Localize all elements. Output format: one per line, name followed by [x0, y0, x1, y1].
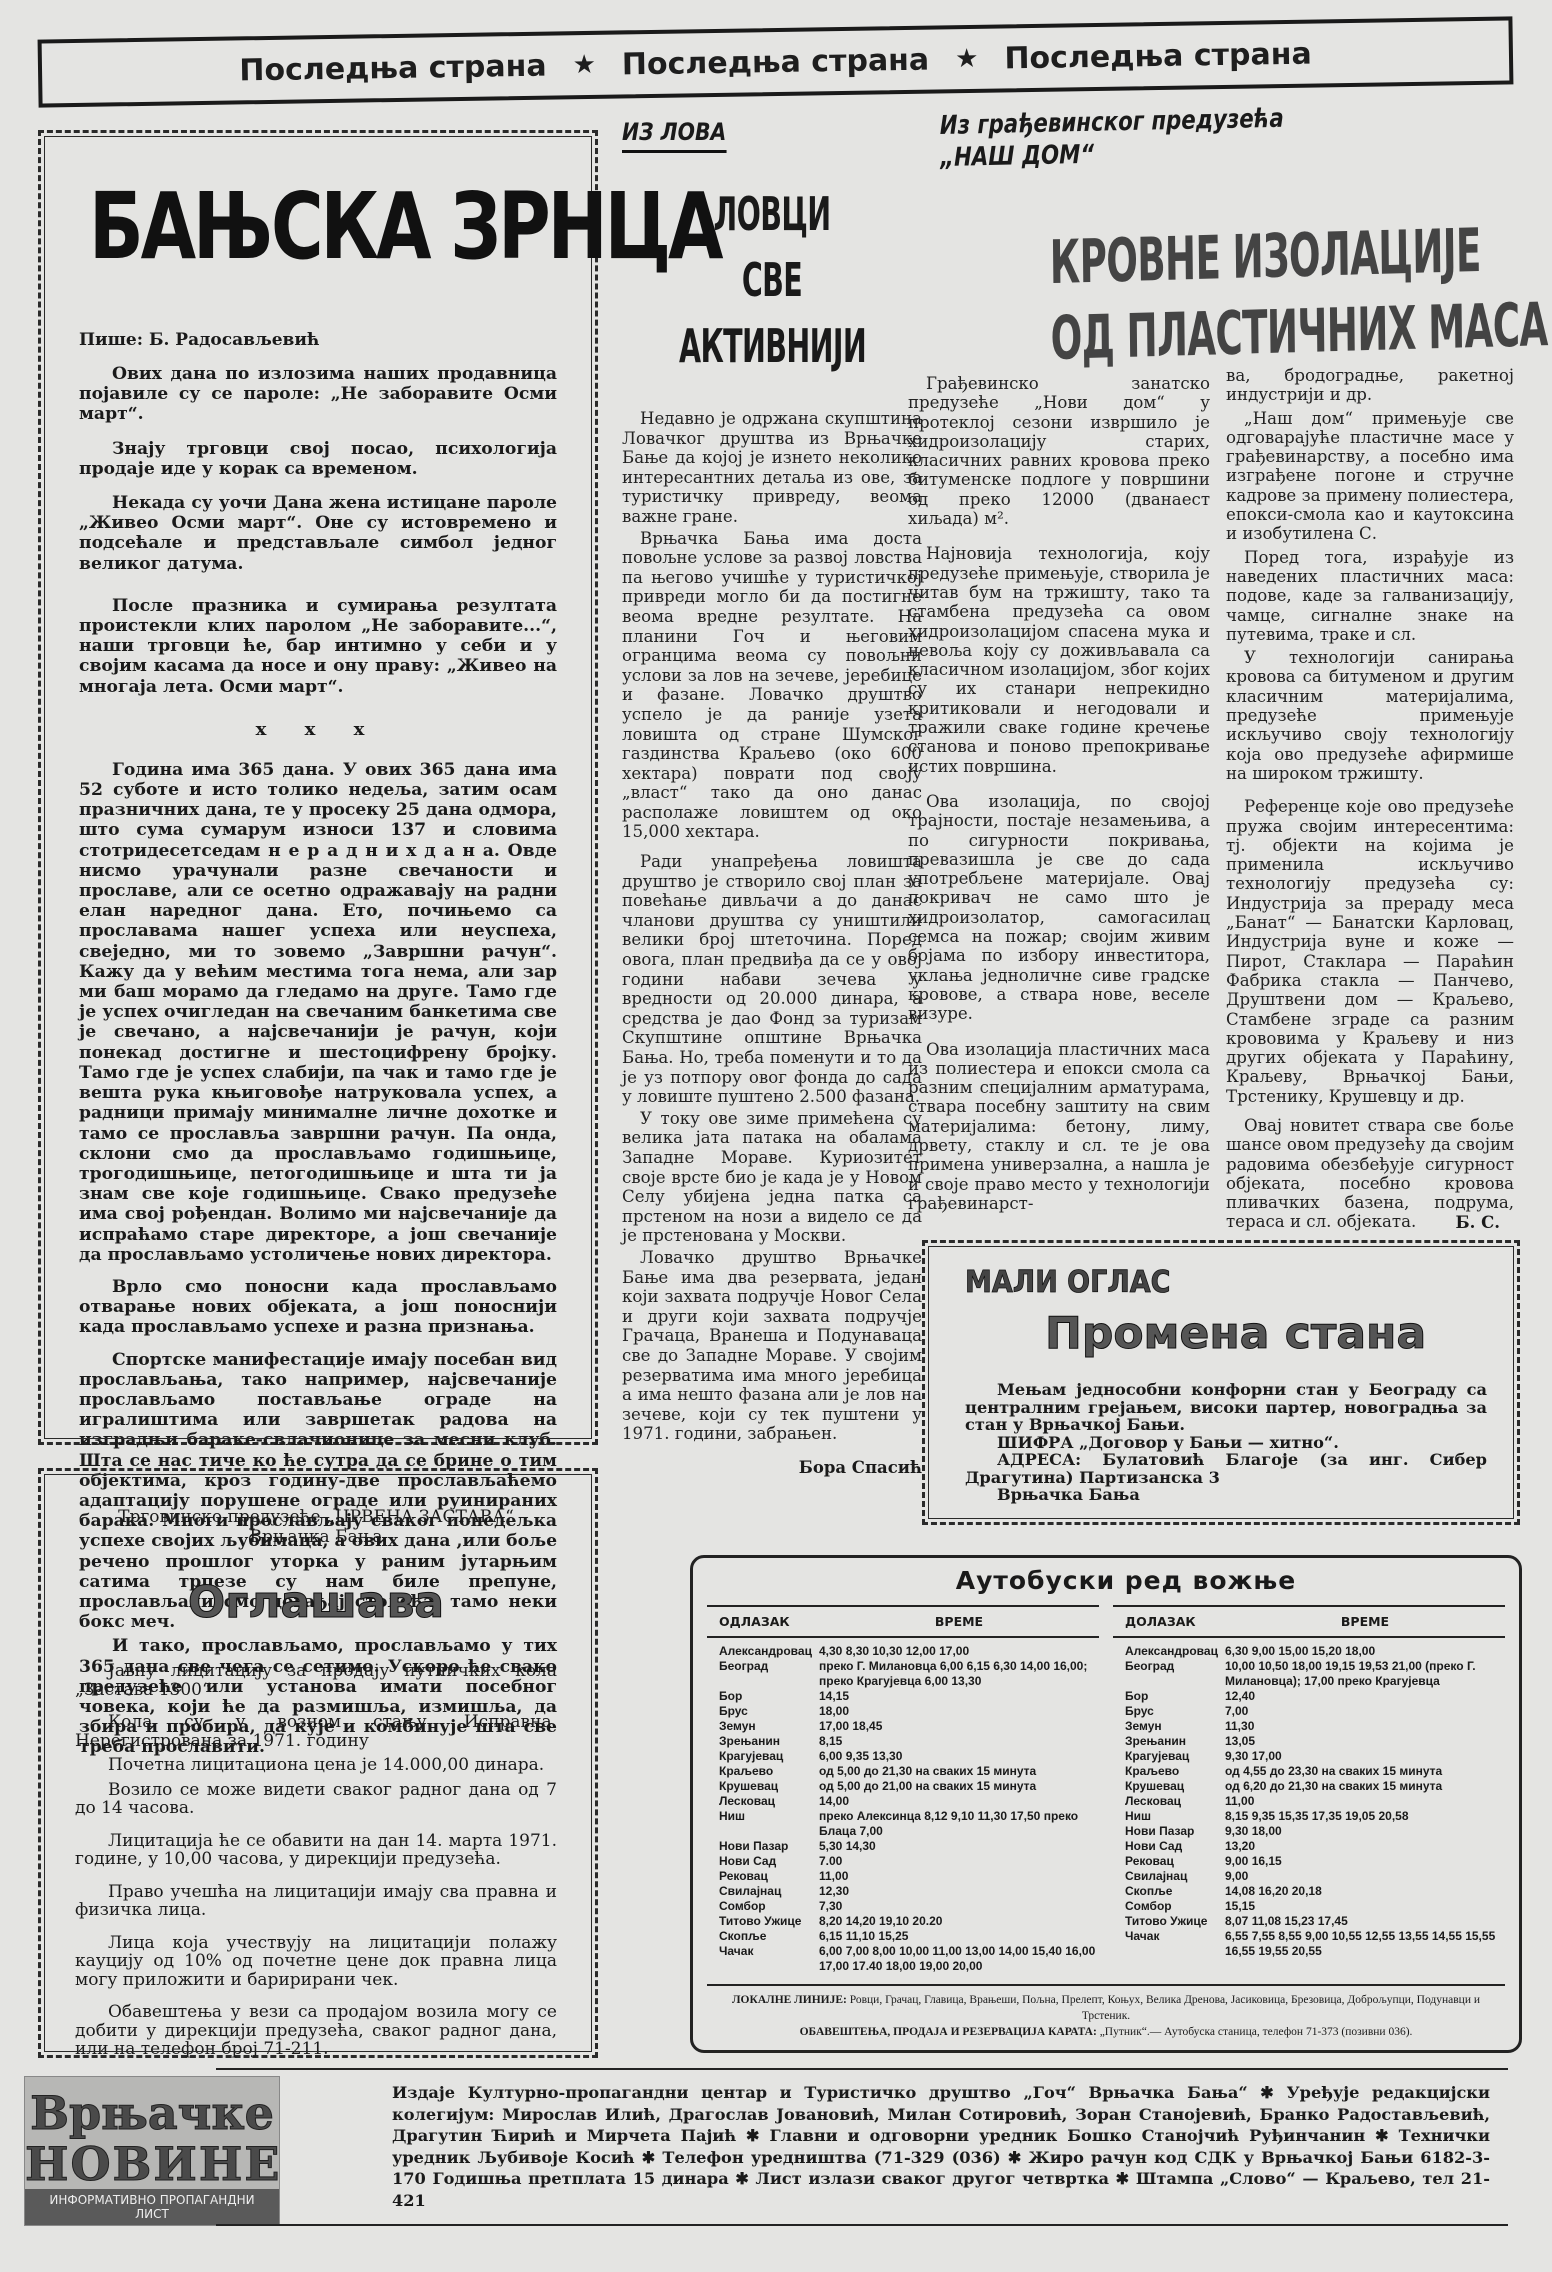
arrivals-table: ДОЛАЗАК ВРЕМЕ Александровац6,30 9,00 15,… — [1113, 1605, 1505, 1974]
section-separator: x x x — [79, 719, 557, 740]
table-row: Сомбор15,15 — [1113, 1899, 1505, 1914]
station-name: Александровац — [707, 1644, 819, 1659]
station-name: Сомбор — [1113, 1899, 1225, 1914]
table-row: Краљевоод 5,00 до 21,30 на сваких 15 мин… — [707, 1764, 1099, 1779]
paragraph: Поред тога, израђује из наведених пласти… — [1226, 548, 1514, 644]
station-name: Титово Ужице — [707, 1914, 819, 1929]
station-name: Сомбор — [707, 1899, 819, 1914]
station-name: Рековац — [707, 1869, 819, 1884]
departure-times: 6,00 7,00 8,00 10,00 11,00 13,00 14,00 1… — [819, 1944, 1099, 1974]
departure-times: 6,15 11,10 15,25 — [819, 1929, 1099, 1944]
departure-times: 11,00 — [819, 1869, 1099, 1884]
departure-times: од 5,00 до 21,00 на сваких 15 минута — [819, 1779, 1099, 1794]
hunting-article: ИЗ ЛОВА ЛОВЦИ СВЕ АКТИВНИЈИ Недавно је о… — [622, 118, 922, 1477]
station-name: Крушевац — [1113, 1779, 1225, 1794]
paragraph: Ових дана по излозима наших продавница п… — [79, 364, 557, 425]
paragraph: Лица која учествују на лицитацији полажу… — [75, 1934, 557, 1990]
column-header: ВРЕМЕ — [1225, 1614, 1505, 1629]
departure-times: 8,15 9,35 15,35 17,35 19,05 20,58 — [1225, 1809, 1505, 1824]
bus-timetable: Аутобуски ред вожње ОДЛАЗАК ВРЕМЕ Алекса… — [690, 1555, 1522, 2053]
departure-times: 12,30 — [819, 1884, 1099, 1899]
ad-organization: Трговинско предузеће „ЦРВЕНА ЗАСТАВА“ — [75, 1507, 557, 1527]
classified-address: АДРЕСА: Булатовић Благоје (за инг. Сибер… — [965, 1451, 1487, 1486]
paragraph: Обавештења у вези са продајом возила мог… — [75, 2003, 557, 2059]
article-author: Бора Спасић — [622, 1458, 922, 1477]
paragraph: Некада су уочи Дана жена истицане пароле… — [79, 493, 557, 574]
departure-times: 7,30 — [819, 1899, 1099, 1914]
column-header: ВРЕМЕ — [819, 1614, 1099, 1629]
station-name: Лесковац — [707, 1794, 819, 1809]
paragraph: Лицитација ће се обавити на дан 14. март… — [75, 1832, 557, 1869]
departure-times: 15,15 — [1225, 1899, 1505, 1914]
station-name: Чачак — [1113, 1929, 1225, 1959]
article-headline: ЛОВЦИ СВЕ АКТИВНИЈИ — [679, 181, 865, 379]
station-name: Крушевац — [707, 1779, 819, 1794]
station-name: Бор — [1113, 1689, 1225, 1704]
paragraph: Ради унапређења ловишта друштво је створ… — [622, 852, 922, 1107]
classified-code: ШИФРА „Договор у Бањи — хитно“. — [965, 1434, 1487, 1452]
feature-intro: Ових дана по излозима наших продавница п… — [79, 364, 557, 697]
departure-times: 11,00 — [1225, 1794, 1505, 1809]
paragraph: Знају трговци свој посао, психологија пр… — [79, 439, 557, 479]
paragraph: У технологији санирања кровова са битуме… — [1226, 648, 1514, 783]
local-lines-label: ЛОКАЛНЕ ЛИНИЈЕ: — [732, 1994, 847, 2006]
departure-times: преко Г. Милановца 6,00 6,15 6,30 14,00 … — [819, 1659, 1099, 1689]
table-row: Рековац9,00 16,15 — [1113, 1854, 1505, 1869]
roofing-column-a: Грађевинско занатско предузеће „Нови дом… — [908, 372, 1210, 1213]
departure-times: 10,00 10,50 18,00 19,15 19,53 21,00 (пре… — [1225, 1659, 1505, 1689]
table-row: Брус7,00 — [1113, 1704, 1505, 1719]
paragraph: Ова изолација пластичних маса из полиест… — [908, 1040, 1210, 1214]
paragraph: Најновија технологија, коју предузеће пр… — [908, 544, 1210, 776]
paragraph: После празника и сумирања резултата прои… — [79, 596, 557, 697]
table-row: Крагујевац6,00 9,35 13,30 — [707, 1749, 1099, 1764]
departure-times: 13,05 — [1225, 1734, 1505, 1749]
table-row: Бор12,40 — [1113, 1689, 1505, 1704]
station-name: Нови Сад — [1113, 1839, 1225, 1854]
imprint: Издаје Културно-пропагандни центар и Тур… — [216, 2068, 1508, 2226]
ad-title: Оглашава — [75, 1577, 557, 1628]
article-headline: КРОВНЕ ИЗОЛАЦИЈЕ ОД ПЛАСТИЧНИХ МАСА — [1049, 215, 1410, 377]
table-row: Зрењанин8,15 — [707, 1734, 1099, 1749]
table-row: Крушевацод 5,00 до 21,00 на сваких 15 ми… — [707, 1779, 1099, 1794]
table-row: Александровац6,30 9,00 15,00 15,20 18,00 — [1113, 1644, 1505, 1659]
table-row: Нови Сад7.00 — [707, 1854, 1099, 1869]
paragraph: У току ове зиме примећена су велика јата… — [622, 1109, 922, 1246]
station-name: Нови Пазар — [707, 1839, 819, 1854]
departure-times: 8,15 — [819, 1734, 1099, 1749]
table-row: Бор14,15 — [707, 1689, 1099, 1704]
paragraph: Возило се може видети сваког радног дана… — [75, 1781, 557, 1818]
station-name: Београд — [707, 1659, 819, 1689]
table-row: Чачак6,00 7,00 8,00 10,00 11,00 13,00 14… — [707, 1944, 1099, 1974]
feature-article: БАЊСКА ЗРНЦА Пише: Б. Радосављевић Ових … — [38, 130, 598, 1445]
table-row: Скопље6,15 11,10 15,25 — [707, 1929, 1099, 1944]
departure-times: 9,30 17,00 — [1225, 1749, 1505, 1764]
table-header: ОДЛАЗАК ВРЕМЕ — [707, 1605, 1099, 1638]
ad-city: Врњачка Бања — [75, 1527, 557, 1547]
departure-times: од 5,00 до 21,30 на сваких 15 минута — [819, 1764, 1099, 1779]
station-name: Краљево — [707, 1764, 819, 1779]
table-row: Александровац4,30 8,30 10,30 12,00 17,00 — [707, 1644, 1099, 1659]
station-name: Скопље — [707, 1929, 819, 1944]
station-name: Зрењанин — [707, 1734, 819, 1749]
departure-times: 13,20 — [1225, 1839, 1505, 1854]
table-row: Нови Сад13,20 — [1113, 1839, 1505, 1854]
station-name: Брус — [1113, 1704, 1225, 1719]
station-name: Рековац — [1113, 1854, 1225, 1869]
paragraph: Право учешћа на лицитацији имају сва пра… — [75, 1883, 557, 1920]
table-row: Брус18,00 — [707, 1704, 1099, 1719]
article-body: Недавно је одржана скупштина Ловачког др… — [622, 409, 922, 1444]
table-row: Крушевацод 6,20 до 21,30 на сваких 15 ми… — [1113, 1779, 1505, 1794]
table-row: Нишпреко Алексинца 8,12 9,10 11,30 17,50… — [707, 1809, 1099, 1839]
station-name: Земун — [707, 1719, 819, 1734]
imprint-text: Издаје Културно-пропагандни центар и Тур… — [392, 2082, 1490, 2211]
paragraph: Ова изолација, по својој трајности, пост… — [908, 792, 1210, 1024]
table-row: Нови Пазар9,30 18,00 — [1113, 1824, 1505, 1839]
paragraph: Недавно је одржана скупштина Ловачког др… — [622, 409, 922, 527]
station-name: Брус — [707, 1704, 819, 1719]
departure-times: 14,08 16,20 20,18 — [1225, 1884, 1505, 1899]
station-name: Александровац — [1113, 1644, 1225, 1659]
station-name: Нови Пазар — [1113, 1824, 1225, 1839]
station-name: Ниш — [1113, 1809, 1225, 1824]
classified-city: Врњачка Бања — [965, 1486, 1487, 1504]
paragraph: Ловачко друштво Врњачке Бање има два рез… — [622, 1248, 922, 1444]
banner-label-2: Последња страна — [622, 42, 930, 82]
station-name: Скопље — [1113, 1884, 1225, 1899]
paragraph: Грађевинско занатско предузеће „Нови дом… — [908, 374, 1210, 528]
departure-times: 6,55 7,55 8,55 9,00 10,55 12,55 13,55 14… — [1225, 1929, 1505, 1959]
article-kicker: Из грађевинског предузећа „НАШ ДОМ“ — [940, 100, 1416, 174]
local-lines: Ровци, Грачац, Главица, Врањеши, Пољна, … — [850, 1994, 1480, 2022]
station-name: Крагујевац — [707, 1749, 819, 1764]
departure-times: од 4,55 до 23,30 на сваких 15 минута — [1225, 1764, 1505, 1779]
station-name: Лесковац — [1113, 1794, 1225, 1809]
banner-label-1: Последња страна — [239, 48, 547, 88]
info-label: ОБАВЕШТЕЊА, ПРОДАЈА И РЕЗЕРВАЦИЈА КАРАТА… — [800, 2026, 1097, 2038]
departure-times: 14,00 — [819, 1794, 1099, 1809]
banner-label-3: Последња страна — [1004, 36, 1312, 76]
departure-times: 18,00 — [819, 1704, 1099, 1719]
paragraph: „Наш дом“ примењује све одговарајуће пла… — [1226, 409, 1514, 544]
station-name: Ниш — [707, 1809, 819, 1839]
table-header: ДОЛАЗАК ВРЕМЕ — [1113, 1605, 1505, 1638]
column-header: ОДЛАЗАК — [707, 1614, 819, 1629]
departure-times: 11,30 — [1225, 1719, 1505, 1734]
column-header: ДОЛАЗАК — [1113, 1614, 1225, 1629]
table-row: Сомбор7,30 — [707, 1899, 1099, 1914]
departure-times: 7,00 — [1225, 1704, 1505, 1719]
departure-times: од 6,20 до 21,30 на сваких 15 минута — [1225, 1779, 1505, 1794]
station-name: Бор — [707, 1689, 819, 1704]
paragraph: Почетна лицитациона цена је 14.000,00 ди… — [75, 1756, 557, 1775]
table-row: Лесковац11,00 — [1113, 1794, 1505, 1809]
table-row: Нови Пазар5,30 14,30 — [707, 1839, 1099, 1854]
table-row: Ниш8,15 9,35 15,35 17,35 19,05 20,58 — [1113, 1809, 1505, 1824]
station-name: Краљево — [1113, 1764, 1225, 1779]
headline-line: КРОВНЕ ИЗОЛАЦИЈЕ — [1049, 215, 1409, 301]
feature-byline: Пише: Б. Радосављевић — [79, 330, 557, 350]
table-row: Лесковац14,00 — [707, 1794, 1099, 1809]
table-row: Скопље14,08 16,20 20,18 — [1113, 1884, 1505, 1899]
departure-times: 9,00 16,15 — [1225, 1854, 1505, 1869]
table-row: Чачак6,55 7,55 8,55 9,00 10,55 12,55 13,… — [1113, 1929, 1505, 1959]
table-row: Београдпреко Г. Милановца 6,00 6,15 6,30… — [707, 1659, 1099, 1689]
table-row: Рековац11,00 — [707, 1869, 1099, 1884]
station-name: Титово Ужице — [1113, 1914, 1225, 1929]
classified-ad: МАЛИ ОГЛАС Промена стана Мењам једнособн… — [922, 1240, 1520, 1525]
headline-line: ЛОВЦИ СВЕ — [679, 181, 865, 313]
table-row: Титово Ужице8,07 11,08 15,23 17,45 — [1113, 1914, 1505, 1929]
departure-times: 6,00 9,35 13,30 — [819, 1749, 1099, 1764]
departure-times: 9,30 18,00 — [1225, 1824, 1505, 1839]
table-row: Зрењанин13,05 — [1113, 1734, 1505, 1749]
station-name: Нови Сад — [707, 1854, 819, 1869]
roofing-header: Из грађевинског предузећа „НАШ ДОМ“ КРОВ… — [940, 110, 1520, 372]
departure-times: 12,40 — [1225, 1689, 1505, 1704]
feature-title: БАЊСКА ЗРНЦА — [89, 173, 454, 280]
info-text: „Путник“.— Аутобуска станица, телефон 71… — [1100, 2026, 1413, 2038]
paragraph: ва, бродоградње, ракетној индустрији и д… — [1226, 366, 1514, 405]
headline-line: АКТИВНИЈИ — [679, 313, 865, 379]
table-row: Свилајнац12,30 — [707, 1884, 1099, 1899]
table-row: Крагујевац9,30 17,00 — [1113, 1749, 1505, 1764]
paragraph: Референце које ово предузеће пружа своји… — [1226, 797, 1514, 1106]
paragraph: Година има 365 дана. У ових 365 дана има… — [79, 760, 557, 1265]
departures-table: ОДЛАЗАК ВРЕМЕ Александровац4,30 8,30 10,… — [707, 1605, 1099, 1974]
paragraph: Јавну лицитацију за продају путничких ко… — [75, 1662, 557, 1699]
timetable-title: Аутобуски ред вожње — [747, 1566, 1505, 1595]
table-row: Титово Ужице8,20 14,20 19,10 20.20 — [707, 1914, 1099, 1929]
station-name: Крагујевац — [1113, 1749, 1225, 1764]
table-row: Земун17,00 18,45 — [707, 1719, 1099, 1734]
departure-times: 7.00 — [819, 1854, 1099, 1869]
star-icon: ★ — [572, 50, 596, 80]
table-row: Београд10,00 10,50 18,00 19,15 19,53 21,… — [1113, 1659, 1505, 1689]
station-name: Свилајнац — [1113, 1869, 1225, 1884]
paragraph: Кола су у возном стању. Исправна. Нереги… — [75, 1713, 557, 1750]
page-banner: Последња страна ★ Последња страна ★ Посл… — [38, 16, 1514, 107]
table-row: Краљевоод 4,55 до 23,30 на сваких 15 мин… — [1113, 1764, 1505, 1779]
auction-ad: Трговинско предузеће „ЦРВЕНА ЗАСТАВА“ Вр… — [38, 1468, 598, 2058]
table-row: Свилајнац9,00 — [1113, 1869, 1505, 1884]
roofing-column-b: ва, бродоградње, ракетној индустрији и д… — [1226, 364, 1514, 1232]
departure-times: 17,00 18,45 — [819, 1719, 1099, 1734]
departure-times: 4,30 8,30 10,30 12,00 17,00 — [819, 1644, 1099, 1659]
departure-times: 8,07 11,08 15,23 17,45 — [1225, 1914, 1505, 1929]
departure-times: 5,30 14,30 — [819, 1839, 1099, 1854]
article-kicker: ИЗ ЛОВА — [622, 118, 726, 153]
paragraph: Врњачка Бања има доста повољне услове за… — [622, 529, 922, 843]
station-name: Београд — [1113, 1659, 1225, 1689]
paragraph: Врло смо поносни када прослављамо отвара… — [79, 1277, 557, 1338]
star-icon: ★ — [955, 44, 979, 74]
station-name: Чачак — [707, 1944, 819, 1974]
departure-times: 8,20 14,20 19,10 20.20 — [819, 1914, 1099, 1929]
station-name: Свилајнац — [707, 1884, 819, 1899]
classified-text: Мењам једнособни конфорни стан у Београд… — [965, 1381, 1487, 1434]
departure-times: 9,00 — [1225, 1869, 1505, 1884]
station-name: Земун — [1113, 1719, 1225, 1734]
station-name: Зрењанин — [1113, 1734, 1225, 1749]
departure-times: преко Алексинца 8,12 9,10 11,30 17,50 пр… — [819, 1809, 1099, 1839]
classified-kicker: МАЛИ ОГЛАС — [965, 1265, 1435, 1300]
table-row: Земун11,30 — [1113, 1719, 1505, 1734]
timetable-footer: ЛОКАЛНЕ ЛИНИЈЕ: Ровци, Грачац, Главица, … — [707, 1984, 1505, 2040]
classified-title: Промена стана — [1045, 1308, 1487, 1359]
departure-times: 6,30 9,00 15,00 15,20 18,00 — [1225, 1644, 1505, 1659]
departure-times: 14,15 — [819, 1689, 1099, 1704]
